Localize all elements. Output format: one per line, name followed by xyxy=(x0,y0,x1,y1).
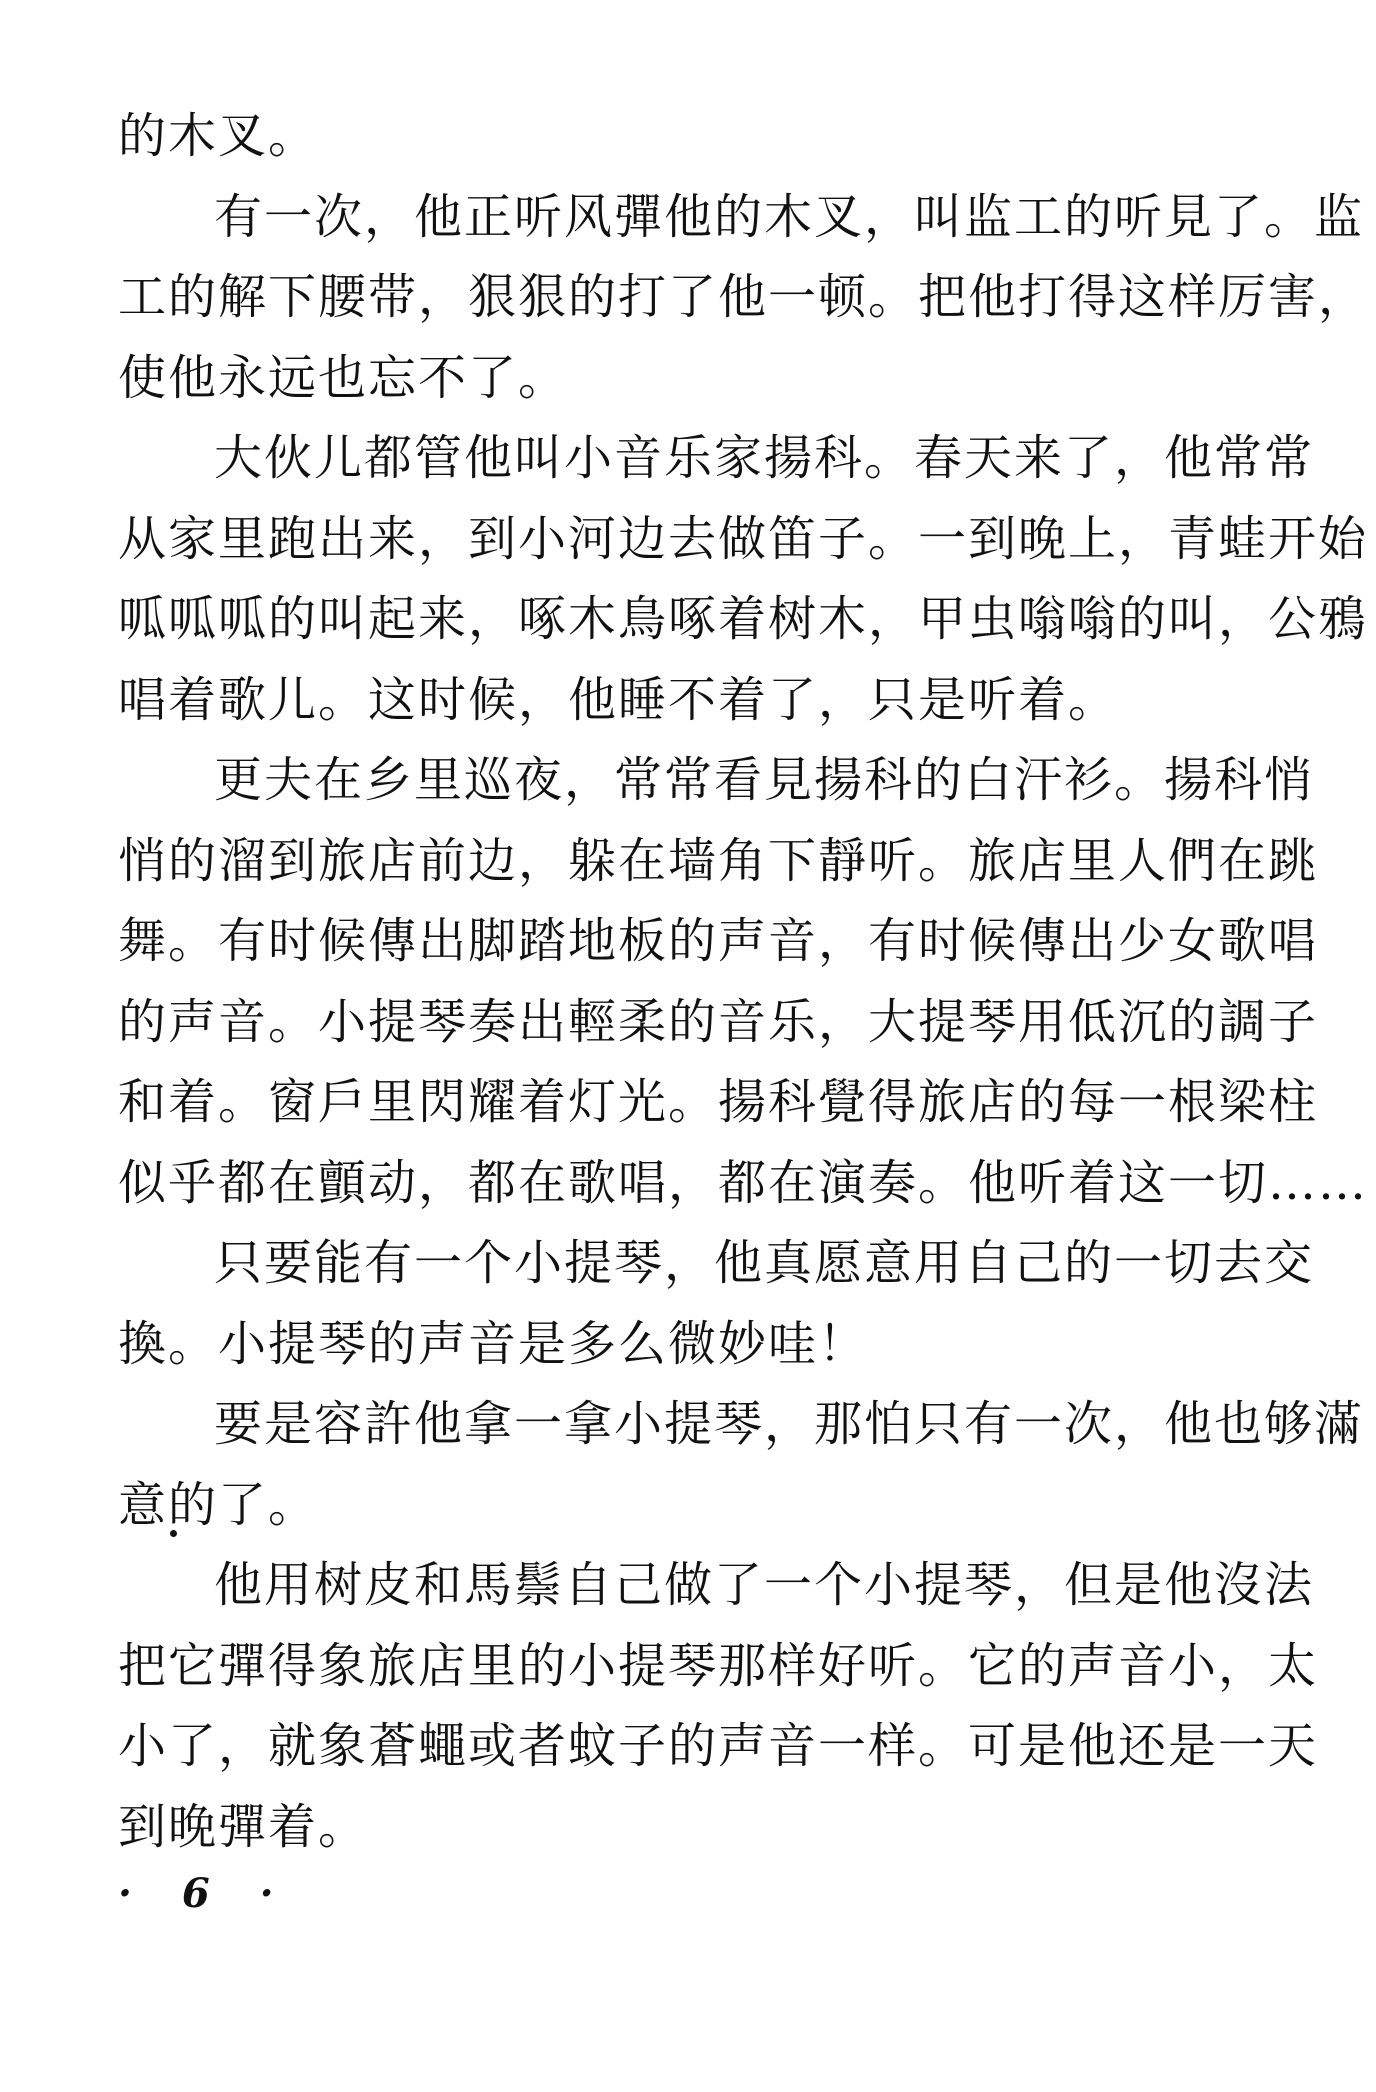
paragraph-6: 要是容許他拿一拿小提琴，那怕只有一次，他也够滿 意的了。 xyxy=(118,1384,1308,1545)
text-line: 換。小提琴的声音是多么微妙哇！ xyxy=(118,1304,1308,1385)
paragraph-7: 他用树皮和馬鬃自己做了一个小提琴，但是他沒法 把它彈得象旅店里的小提琴那样好听。… xyxy=(118,1545,1308,1867)
text-line: 他用树皮和馬鬃自己做了一个小提琴，但是他沒法 xyxy=(118,1545,1308,1626)
text-line: 大伙儿都管他叫小音乐家揚科。春天来了，他常常 xyxy=(118,418,1308,499)
text-line: 舞。有时候傳出脚踏地板的声音，有时候傳出少女歌唱 xyxy=(118,901,1308,982)
paragraph-1: 的木叉。 xyxy=(118,96,1308,177)
page-number: · 6 · xyxy=(118,1870,292,1917)
text-line: 工的解下腰带，狠狠的打了他一顿。把他打得这样厉害， xyxy=(118,257,1308,338)
paragraph-5: 只要能有一个小提琴，他真愿意用自己的一切去交 換。小提琴的声音是多么微妙哇！ xyxy=(118,1223,1308,1384)
text-line: 把它彈得象旅店里的小提琴那样好听。它的声音小，太 xyxy=(118,1626,1308,1707)
text-line: 小了，就象蒼蠅或者蚊子的声音一样。可是他还是一天 xyxy=(118,1706,1308,1787)
text-line: 似乎都在顫动，都在歌唱，都在演奏。他听着这一切…… xyxy=(118,1143,1308,1224)
paragraph-3: 大伙儿都管他叫小音乐家揚科。春天来了，他常常 从家里跑出来，到小河边去做笛子。一… xyxy=(118,418,1308,740)
text-line: 要是容許他拿一拿小提琴，那怕只有一次，他也够滿 xyxy=(118,1384,1308,1465)
paragraph-4: 更夫在乡里巡夜，常常看見揚科的白汗衫。揚科悄 悄的溜到旅店前边，躲在墙角下靜听。… xyxy=(118,740,1308,1223)
text-line: 和着。窗戶里閃耀着灯光。揚科覺得旅店的每一根梁柱 xyxy=(118,1062,1308,1143)
text-line: 唱着歌儿。这时候，他睡不着了，只是听着。 xyxy=(118,660,1308,741)
print-speck xyxy=(170,1530,177,1537)
text-line: 从家里跑出来，到小河边去做笛子。一到晚上，青蛙开始 xyxy=(118,499,1308,580)
book-page-body: 的木叉。 有一次，他正听风彈他的木叉，叫监工的听見了。监 工的解下腰带，狠狠的打… xyxy=(118,96,1308,1867)
text-line: 的木叉。 xyxy=(118,96,1308,177)
text-line: 的声音。小提琴奏出輕柔的音乐，大提琴用低沉的調子 xyxy=(118,982,1308,1063)
text-line: 有一次，他正听风彈他的木叉，叫监工的听見了。监 xyxy=(118,177,1308,258)
text-line: 到晚彈着。 xyxy=(118,1787,1308,1868)
text-line: 意的了。 xyxy=(118,1465,1308,1546)
text-line: 更夫在乡里巡夜，常常看見揚科的白汗衫。揚科悄 xyxy=(118,740,1308,821)
text-line: 使他永远也忘不了。 xyxy=(118,338,1308,419)
text-line: 呱呱呱的叫起来，啄木鳥啄着树木，甲虫嗡嗡的叫，公鴉 xyxy=(118,579,1308,660)
text-line: 悄的溜到旅店前边，躲在墙角下靜听。旅店里人們在跳 xyxy=(118,821,1308,902)
text-line: 只要能有一个小提琴，他真愿意用自己的一切去交 xyxy=(118,1223,1308,1304)
paragraph-2: 有一次，他正听风彈他的木叉，叫监工的听見了。监 工的解下腰带，狠狠的打了他一顿。… xyxy=(118,177,1308,419)
